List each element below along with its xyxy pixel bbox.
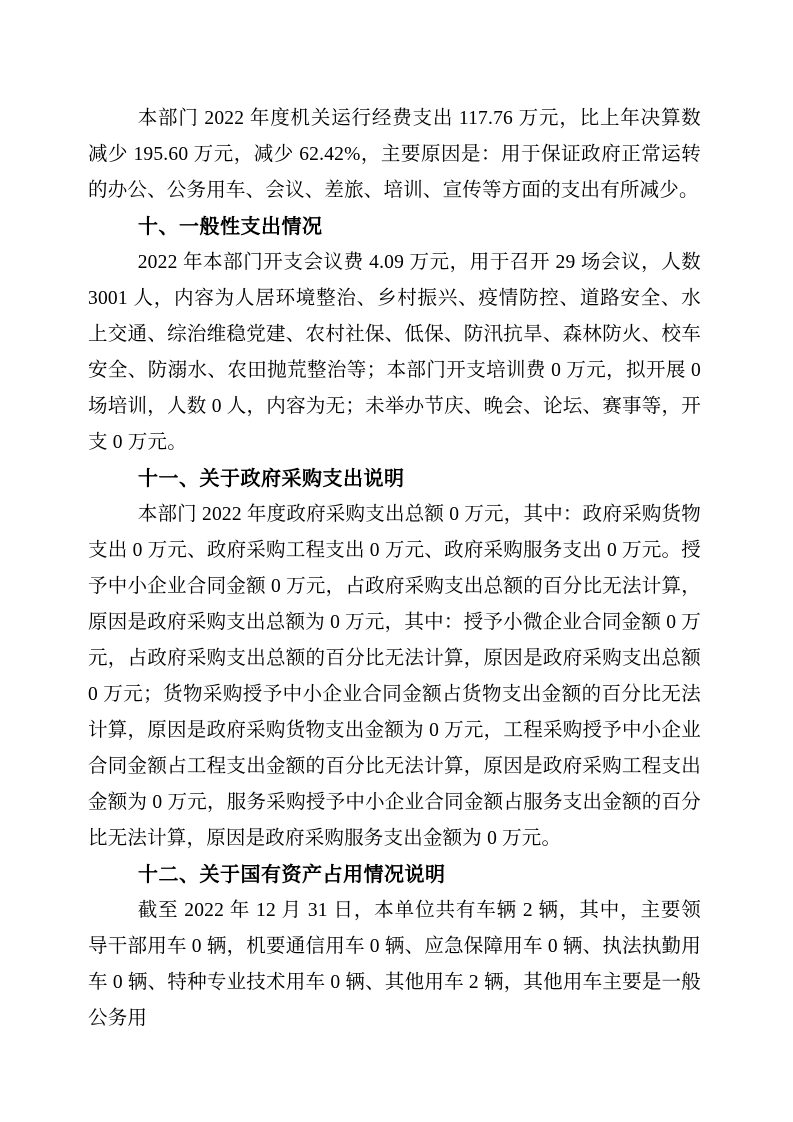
paragraph-state-owned-assets-detail: 截至 2022 年 12 月 31 日，本单位共有车辆 2 辆，其中，主要领导干… — [88, 893, 701, 1037]
paragraph-government-procurement-detail: 本部门 2022 年度政府采购支出总额 0 万元，其中：政府采购货物支出 0 万… — [88, 497, 701, 857]
paragraph-operating-expenses: 本部门 2022 年度机关运行经费支出 117.76 万元，比上年决算数减少 1… — [88, 101, 701, 209]
document-page: 本部门 2022 年度机关运行经费支出 117.76 万元，比上年决算数减少 1… — [0, 0, 793, 1122]
heading-section-10-general-expenditure: 十、一般性支出情况 — [88, 209, 701, 245]
paragraph-general-expenditure-detail: 2022 年本部门开支会议费 4.09 万元，用于召开 29 场会议，人数 30… — [88, 245, 701, 461]
heading-section-12-state-owned-assets: 十二、关于国有资产占用情况说明 — [88, 857, 701, 893]
heading-section-11-government-procurement: 十一、关于政府采购支出说明 — [88, 461, 701, 497]
